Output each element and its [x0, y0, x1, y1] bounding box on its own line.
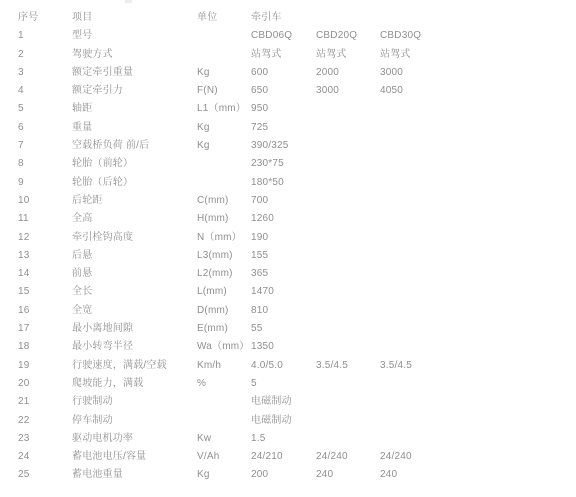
cell-value-3: 24/240 [380, 448, 412, 466]
table-row: 7空载桥负荷 前/后Kg390/325 [0, 137, 576, 155]
cell-item: 牵引栓钩高度 [72, 229, 133, 247]
cell-serial-no: 18 [18, 338, 30, 356]
table-row: 3额定牵引重量Kg60020003000 [0, 64, 576, 82]
cell-unit: Km/h [197, 357, 221, 375]
cell-serial-no: 25 [18, 466, 30, 484]
cell-value-1: 950 [251, 100, 268, 118]
cell-value-1: 站驾式 [251, 46, 282, 64]
cell-unit: % [197, 375, 206, 393]
cell-value-1: 24/210 [251, 448, 283, 466]
cell-item: 型号 [72, 27, 92, 45]
cell-serial-no: 22 [18, 412, 30, 430]
cell-serial-no: 16 [18, 302, 30, 320]
cell-item: 项目 [72, 9, 92, 27]
cell-item: 驱动电机功率 [72, 430, 133, 448]
cell-item: 停车制动 [72, 412, 113, 430]
cell-serial-no: 11 [18, 210, 29, 228]
cell-item: 最小转弯半径 [72, 338, 133, 356]
cell-value-1: 4.0/5.0 [251, 357, 283, 375]
table-row: 1型号CBD06QCBD20QCBD30Q [0, 27, 576, 45]
table-row: 24蓄电池电压/容量V/Ah24/21024/24024/240 [0, 448, 576, 466]
cell-serial-no: 2 [18, 46, 24, 64]
table-row: 2驾驶方式站驾式站驾式站驾式 [0, 46, 576, 64]
cell-value-1: 365 [251, 265, 268, 283]
cell-unit: N（mm） [197, 229, 242, 247]
cell-unit: Wa（mm） [197, 338, 250, 356]
table-row: 22停车制动电磁制动 [0, 412, 576, 430]
cell-serial-no: 19 [18, 357, 30, 375]
table-row: 11全高H(mm)1260 [0, 210, 576, 228]
cell-value-2: 24/240 [316, 448, 348, 466]
cell-value-1: 电磁制动 [251, 412, 292, 430]
cell-unit: Kg [197, 64, 210, 82]
cell-item: 全长 [72, 283, 92, 301]
cell-value-1: 1350 [251, 338, 274, 356]
cell-serial-no: 4 [18, 82, 24, 100]
cell-item: 驾驶方式 [72, 46, 113, 64]
cell-unit: L(mm) [197, 283, 227, 301]
cell-value-2: 3000 [316, 82, 339, 100]
cell-value-1: 200 [251, 466, 268, 484]
cell-item: 后轮距 [72, 192, 103, 210]
cell-value-3: 240 [380, 466, 397, 484]
cell-value-1: 390/325 [251, 137, 289, 155]
cell-value-3: 4050 [380, 82, 403, 100]
cell-value-3: 3000 [380, 64, 403, 82]
table-row: 9轮胎（后轮）180*50 [0, 174, 576, 192]
cell-unit: Kw [197, 430, 211, 448]
cell-value-1: 725 [251, 119, 268, 137]
cell-serial-no: 24 [18, 448, 30, 466]
cell-item: 最小离地间隙 [72, 320, 133, 338]
cell-value-1: 1260 [251, 210, 274, 228]
cell-unit: L3(mm) [197, 247, 233, 265]
table-row: 4额定牵引力F(N)65030004050 [0, 82, 576, 100]
table-row: 8轮胎（前轮）230*75 [0, 155, 576, 173]
table-row: 25蓄电池重量Kg200240240 [0, 466, 576, 484]
table-row: 6重量Kg725 [0, 119, 576, 137]
cell-value-3: 3.5/4.5 [380, 357, 412, 375]
cell-unit: E(mm) [197, 320, 228, 338]
cell-serial-no: 3 [18, 64, 24, 82]
cell-value-1: 1.5 [251, 430, 266, 448]
table-row: 23驱动电机功率Kw1.5 [0, 430, 576, 448]
cell-value-2: 2000 [316, 64, 339, 82]
cell-unit: L2(mm) [197, 265, 233, 283]
cell-item: 额定牵引重量 [72, 64, 133, 82]
cell-serial-no: 20 [18, 375, 30, 393]
table-row: 21行驶制动电磁制动 [0, 393, 576, 411]
cell-value-1: 230*75 [251, 155, 284, 173]
table-header-row: 序号项目单位牵引车 [0, 9, 576, 27]
cell-serial-no: 17 [18, 320, 30, 338]
cell-value-2: CBD20Q [316, 27, 357, 45]
cell-item: 蓄电池重量 [72, 466, 123, 484]
cell-item: 爬坡能力，满载 [72, 375, 143, 393]
cell-value-1: 155 [251, 247, 268, 265]
cell-serial-no: 10 [18, 192, 30, 210]
cell-serial-no: 7 [18, 137, 24, 155]
cell-serial-no: 1 [18, 27, 24, 45]
cell-serial-no: 14 [18, 265, 30, 283]
cell-serial-no: 21 [18, 393, 30, 411]
cell-value-1: 190 [251, 229, 268, 247]
cell-value-1: 1470 [251, 283, 274, 301]
cell-unit: V/Ah [197, 448, 219, 466]
table-row: 18最小转弯半径Wa（mm）1350 [0, 338, 576, 356]
cell-value-3: 站驾式 [380, 46, 411, 64]
cell-value-1: CBD06Q [251, 27, 292, 45]
cell-value-3: CBD30Q [380, 27, 421, 45]
cell-serial-no: 12 [18, 229, 30, 247]
cell-item: 前悬 [72, 265, 92, 283]
cell-item: 重量 [72, 119, 92, 137]
table-row: 14前悬L2(mm)365 [0, 265, 576, 283]
cell-value-1: 810 [251, 302, 268, 320]
cell-value-1: 牵引车 [251, 9, 282, 27]
cell-serial-no: 序号 [18, 9, 38, 27]
cell-value-2: 240 [316, 466, 333, 484]
cell-item: 蓄电池电压/容量 [72, 448, 146, 466]
cell-item: 行驶速度，满载/空载 [72, 357, 167, 375]
table-row: 17最小离地间隙E(mm)55 [0, 320, 576, 338]
table-row: 10后轮距C(mm)700 [0, 192, 576, 210]
table-row: 13后悬L3(mm)155 [0, 247, 576, 265]
table-row: 5轴距L1（mm）950 [0, 100, 576, 118]
cell-unit: H(mm) [197, 210, 229, 228]
table-row: 20爬坡能力，满载%5 [0, 375, 576, 393]
cell-serial-no: 8 [18, 155, 24, 173]
cell-value-1: 5 [251, 375, 257, 393]
cell-value-1: 600 [251, 64, 268, 82]
table-row: 15全长L(mm)1470 [0, 283, 576, 301]
cell-value-1: 650 [251, 82, 268, 100]
table-row: 16全宽D(mm)810 [0, 302, 576, 320]
cell-unit: D(mm) [197, 302, 229, 320]
cropped-text-artifact [125, 0, 132, 3]
table-row: 12牵引栓钩高度N（mm）190 [0, 229, 576, 247]
cell-item: 轮胎（后轮） [72, 174, 133, 192]
cell-item: 全宽 [72, 302, 92, 320]
cell-value-1: 55 [251, 320, 263, 338]
cell-unit: Kg [197, 119, 210, 137]
cell-item: 轴距 [72, 100, 92, 118]
cell-unit: C(mm) [197, 192, 229, 210]
specification-table: 序号项目单位牵引车1型号CBD06QCBD20QCBD30Q2驾驶方式站驾式站驾… [0, 0, 576, 485]
cell-serial-no: 9 [18, 174, 24, 192]
cell-serial-no: 23 [18, 430, 30, 448]
cell-value-2: 3.5/4.5 [316, 357, 348, 375]
cell-serial-no: 5 [18, 100, 24, 118]
cell-item: 行驶制动 [72, 393, 113, 411]
cell-item: 后悬 [72, 247, 92, 265]
cell-unit: L1（mm） [197, 100, 246, 118]
cell-serial-no: 13 [18, 247, 30, 265]
cell-value-2: 站驾式 [316, 46, 347, 64]
cell-serial-no: 6 [18, 119, 24, 137]
cell-item: 全高 [72, 210, 92, 228]
cell-unit: Kg [197, 466, 210, 484]
cell-serial-no: 15 [18, 283, 30, 301]
cell-value-1: 180*50 [251, 174, 284, 192]
cell-item: 轮胎（前轮） [72, 155, 133, 173]
cell-value-1: 700 [251, 192, 268, 210]
table-row: 19行驶速度，满载/空载Km/h4.0/5.03.5/4.53.5/4.5 [0, 357, 576, 375]
cell-unit: F(N) [197, 82, 218, 100]
cell-unit: Kg [197, 137, 210, 155]
cell-unit: 单位 [197, 9, 217, 27]
cell-item: 空载桥负荷 前/后 [72, 137, 149, 155]
cell-item: 额定牵引力 [72, 82, 123, 100]
cell-value-1: 电磁制动 [251, 393, 292, 411]
